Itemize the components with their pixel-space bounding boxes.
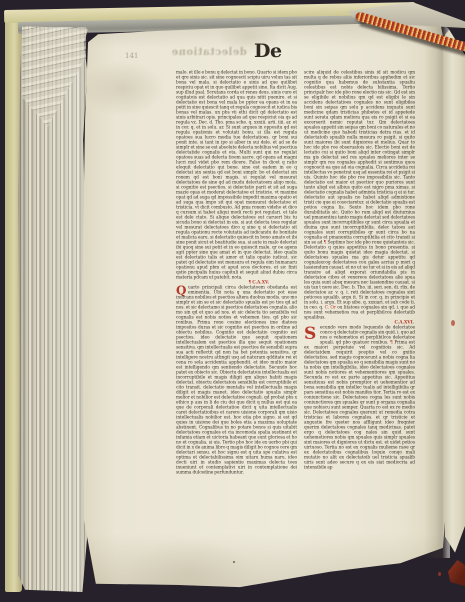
text-column-right: scire aliquid de celestibus sinis id sit… xyxy=(304,70,415,502)
right-column-text: Septimo hoc ide pbo rone quietantois sic… xyxy=(304,240,415,310)
right-column-text: Prima est ex maiori perpetuie vel cognit… xyxy=(304,340,415,470)
text-column-left: malo. et ille e bonu q delectat in bono.… xyxy=(176,70,297,502)
dark-speck xyxy=(233,561,235,563)
right-column-text: scire aliquid de celestibus sinis id sit… xyxy=(304,70,415,245)
rubricated-initial-q: Q xyxy=(176,286,187,296)
binding-red-sliver xyxy=(448,560,465,586)
red-ink-speck xyxy=(451,320,455,326)
left-column-text: uarto principali circa delectatoem obsda… xyxy=(176,285,297,475)
show-through-running-title: delectatione xyxy=(160,47,258,58)
folio-number-faint: 141 xyxy=(125,52,138,60)
book-photograph: 141 delectatione De malo. et ille e bonu… xyxy=(0,0,465,602)
rubricated-initial-s: S xyxy=(304,326,319,341)
running-header: De xyxy=(254,40,282,62)
red-ink-speck xyxy=(438,572,441,576)
left-column-text: malo. et ille e bonu q delectat in bono.… xyxy=(176,70,297,280)
facing-page-sliver xyxy=(445,24,465,558)
